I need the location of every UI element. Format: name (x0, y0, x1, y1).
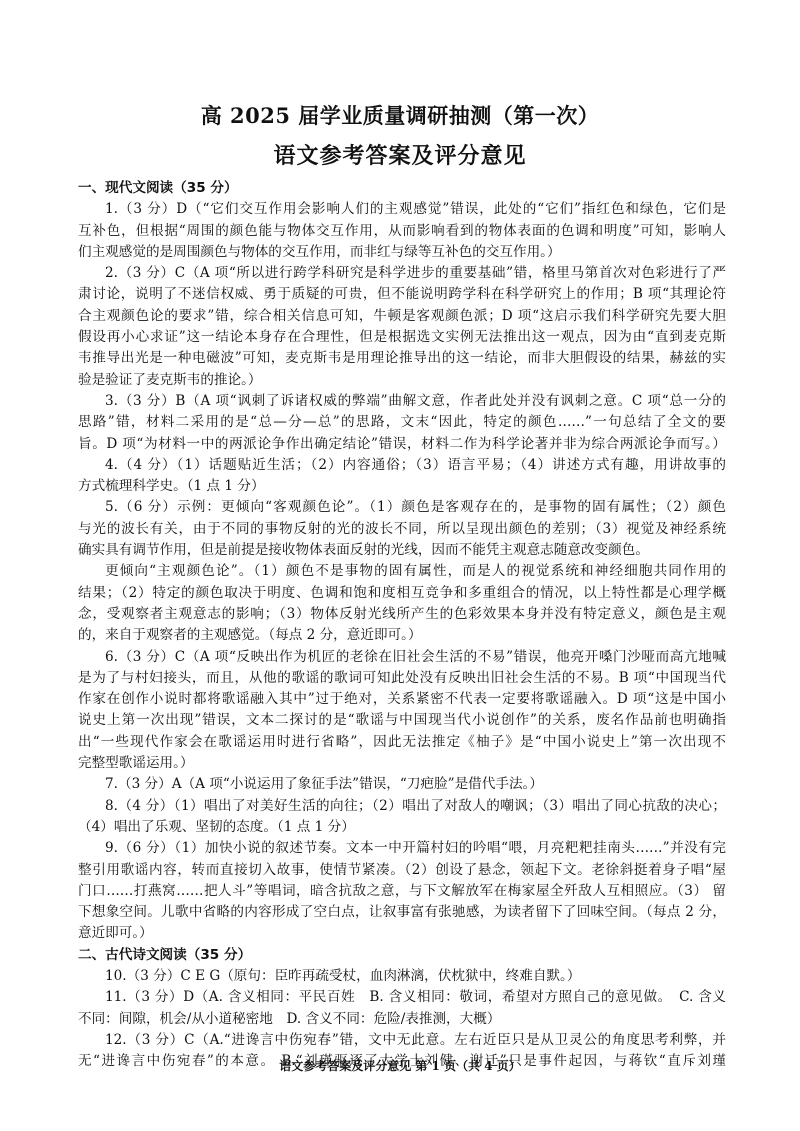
page-footer: 语文参考答案及评分意见 第 1 页（共 4 页） (0, 1057, 800, 1074)
answer-text-line: 下想象空间。儿歌中省略的内容形成了空白点，让叙事富有张驰感，为读者留下了回味空间… (78, 902, 726, 923)
answer-text-line: 说史上第一次出现”错误，文本二探讨的是“歌谣与中国现当代小说创作”的关系，废名作… (78, 710, 726, 731)
answer-text-line: 6.（3 分）C（A 项“反映出作为机匠的老徐在旧社会生活的不易”错误，他亮开嗓… (78, 647, 726, 668)
answer-text-line: （4）唱出了乐观、坚韧的态度。（1 点 1 分） (78, 817, 726, 838)
answer-text-line: 思路”错，材料二采用的是“总—分—总”的思路，文末“因此，特定的颜色……”一句总… (78, 412, 726, 433)
answer-text-line: 12.（3 分）C（A.“进谗言中伤宛春”错，文中无此意。左右近臣只是从卫灵公的… (78, 1030, 726, 1051)
answer-text-line: 出“一些现代作家会在歌谣运用时进行省略”，因此无法推定《柚子》是“中国小说史上”… (78, 732, 726, 753)
section-modern-reading: 1.（3 分）D（“它们交互作用会影响人们的主观感觉”错误，此处的“它们”指红色… (78, 199, 726, 944)
answer-text-line: 8.（4 分）（1）唱出了对美好生活的向往；（2）唱出了对敌人的嘲讽；（3）唱出… (78, 796, 726, 817)
answer-text-line: 念，受观察者主观意志的影响；（3）物体反射光线所产生的色彩效果本身并没有特定意义… (78, 604, 726, 625)
answer-text-line: 与光的波长有关，由于不同的事物反射的光的波长不同，所以呈现出颜色的差别；（3）视… (78, 519, 726, 540)
document-subtitle: 语文参考答案及评分意见 (0, 139, 800, 170)
answer-text-line: 5.（6 分）示例：更倾向“客观颜色论”。（1）颜色是客观存在的，是事物的固有属… (78, 497, 726, 518)
answer-text-line: 整引用歌谣内容，转而直接切入故事，使情节紧凑。（2）创设了悬念，领起下文。老徐斜… (78, 860, 726, 881)
answer-text-line: 互补色，但根据“周围的颜色能与物体交互作用，从而影响看到的物体表面的色调和明度”… (78, 221, 726, 242)
answer-text-line: 结果；（2）特定的颜色取决于明度、色调和饱和度相互竞争和多重组合的情况，以上特性… (78, 583, 726, 604)
answer-text-line: 3.（3 分）B（A 项“讽刺了诉诸权威的弊端”曲解文意，作者此处并没有讽刺之意… (78, 391, 726, 412)
answer-text-line: 肃讨论，说明了不迷信权威、勇于质疑的可贵，但不能说明跨学科在科学研究上的作用；B… (78, 284, 726, 305)
answer-text-line: 11.（3 分）D（A. 含义相同：平民百姓 B. 含义相同：敬词，希望对方照自… (78, 987, 726, 1008)
answer-text-line: 韦推导出光是一种电磁波”可知，麦克斯韦是用理论推导出的这一结论，而非大胆假设的结… (78, 348, 726, 369)
answer-text-line: 是为了与村妇接头，而且，从他的歌谣的歌词可知此处没有反映出旧社会生活的不易。B … (78, 668, 726, 689)
answer-text-line: 旨。D 项“为材料一中的两派论争作出确定结论”错误，材料二作为科学论著并非为综合… (78, 434, 726, 455)
section-heading-classical-reading: 二、古代诗文阅读（35 分） (78, 945, 726, 966)
answer-text-line: 更倾向“主观颜色论”。（1）颜色不是事物的固有属性，而是人的视觉系统和神经细胞共… (78, 561, 726, 582)
answer-text-line: 验是验证了麦克斯韦的推论。） (78, 370, 726, 391)
answer-text-line: 9.（6 分）（1）加快小说的叙述节奏。文本一中开篇村妇的吟唱“喂，月亮粑粑挂南… (78, 838, 726, 859)
answer-text-line: 意近即可。） (78, 923, 726, 944)
answer-text-line: 完整型歌谣运用。） (78, 753, 726, 774)
answer-text-line: 们主观感觉的是周围颜色与物体的交互作用，而非红与绿等互补色的交互作用。） (78, 242, 726, 263)
answer-text-line: 确实具有调节作用，但是前提是接收物体表面反射的光线，因而不能凭主观意志随意改变颜… (78, 540, 726, 561)
document-body: 一、现代文阅读（35 分） 1.（3 分）D（“它们交互作用会影响人们的主观感觉… (78, 178, 726, 1072)
answer-text-line: 4.（4 分）（1）话题贴近生活；（2）内容通俗；（3）语言平易；（4）讲述方式… (78, 455, 726, 476)
answer-text-line: 作家在创作小说时都将歌谣融入其中”过于绝对，关系紧密不代表一定要将歌谣融入。D … (78, 689, 726, 710)
section-heading-modern-reading: 一、现代文阅读（35 分） (78, 178, 726, 199)
answer-text-line: 1.（3 分）D（“它们交互作用会影响人们的主观感觉”错误，此处的“它们”指红色… (78, 199, 726, 220)
document-title: 高 2025 届学业质量调研抽测（第一次） (0, 100, 800, 130)
answer-text-line: 7.（3 分）A（A 项“小说运用了象征手法”错误，“刀疤脸”是借代手法。） (78, 774, 726, 795)
answer-text-line: 10.（3 分）C E G（原句：臣昨再疏受杖，血肉淋漓，伏枕狱中，终难自默。） (78, 966, 726, 987)
answer-text-line: 门口……打燕窝……把人斗”等唱词，暗含抗敌之意，与下文解放军在梅家屋全歼敌人互相… (78, 881, 726, 902)
answer-text-line: 方式梳理科学史。（1 点 1 分） (78, 476, 726, 497)
answer-text-line: 的，来自于观察者的主观感觉。（每点 2 分，意近即可。） (78, 625, 726, 646)
answer-text-line: 假设再小心求证”这一结论本身存在合理性，但是根据选文实例无法推出这一观点，因为由… (78, 327, 726, 348)
answer-text-line: 2.（3 分）C（A 项“所以进行跨学科研究是科学进步的重要基础”错，格里马第首… (78, 263, 726, 284)
answer-text-line: 合主观颜色论的要求”错，综合相关信息可知，牛顿是客观颜色派；D 项“这启示我们科… (78, 306, 726, 327)
answer-text-line: 不同：间隙，机会/从小道秘密地 D. 含义不同：危险/表推测，大概） (78, 1009, 726, 1030)
